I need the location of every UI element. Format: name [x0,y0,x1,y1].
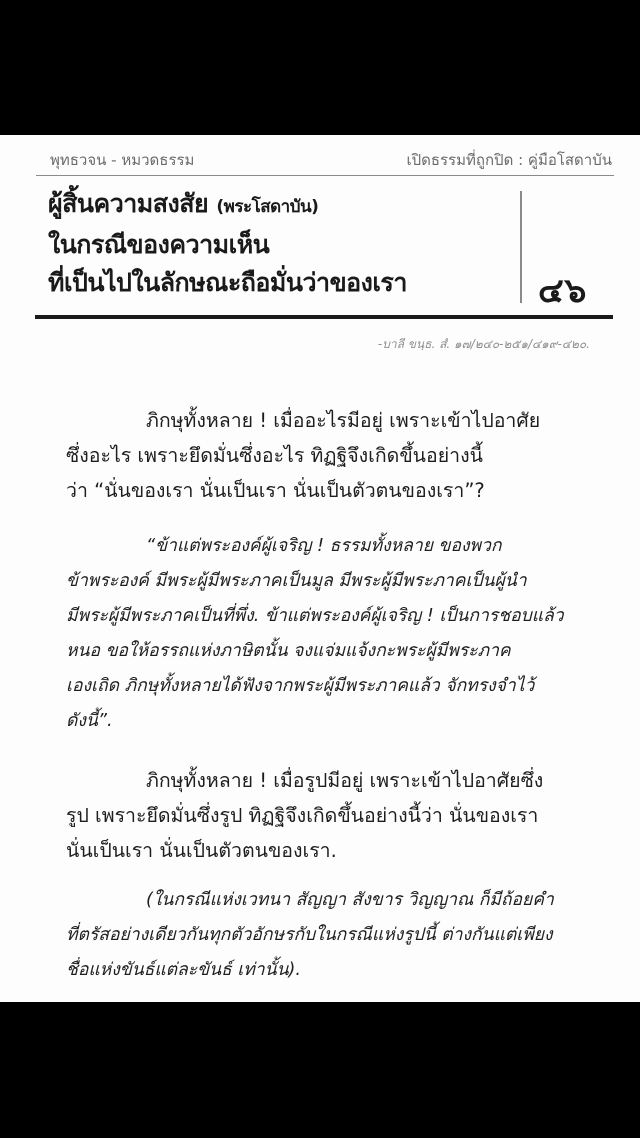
title-line-2: ในกรณีของความเห็น [48,226,518,264]
text-line: ชื่อแห่งขันธ์แต่ละขันธ์ เท่านั้น). [66,953,571,988]
chapter-title: ผู้สิ้นความสงสัย (พระโสดาบัน) ในกรณีของค… [48,185,518,302]
text-line: นั่นเป็นเรา นั่นเป็นตัวตนของเรา. [66,833,571,868]
text-line: รูป เพราะยึดมั่นซึ่งรูป ทิฏฐิจึงเกิดขึ้น… [66,798,571,833]
text-line: (ในกรณีแห่งเวทนา สัญญา สังขาร วิญญาณ ก็ม… [66,883,571,918]
header-divider [36,175,614,176]
running-head: พุทธวจน - หมวดธรรม เปิดธรรมที่ถูกปิด : ค… [50,147,612,173]
title-line-3: ที่เป็นไปในลักษณะถือมั่นว่าของเรา [48,264,518,302]
paragraph-question: ภิกษุทั้งหลาย ! เมื่ออะไรมีอยู่ เพราะเข้… [66,403,571,508]
title-main: ผู้สิ้นความสงสัย [48,189,208,218]
text-line: ภิกษุทั้งหลาย ! เมื่ออะไรมีอยู่ เพราะเข้… [66,403,571,438]
text-line: ซึ่งอะไร เพราะยึดมั่นซึ่งอะไร ทิฏฐิจึงเก… [66,438,571,473]
title-sub: (พระโสดาบัน) [216,197,318,217]
title-vertical-divider [520,191,522,303]
paragraph-note: (ในกรณีแห่งเวทนา สัญญา สังขาร วิญญาณ ก็ม… [66,883,571,988]
running-head-section: พุทธวจน - หมวดธรรม [50,148,194,172]
text-line: หนอ ขอให้อรรถแห่งภาษิตนั้น จงแจ่มแจ้งกะพ… [66,634,571,669]
text-line: ว่า “นั่นของเรา นั่นเป็นเรา นั่นเป็นตัวต… [66,473,571,508]
text-line: เองเถิด ภิกษุทั้งหลายได้ฟังจากพระผู้มีพร… [66,669,571,704]
text-line: ที่ตรัสอย่างเดียวกันทุกตัวอักษรกับในกรณี… [66,918,571,953]
pali-reference: -บาลี ขนฺธ. สํ. ๑๗/๒๔๐-๒๕๑/๔๑๙-๔๒๐. [378,335,590,354]
paragraph-form: ภิกษุทั้งหลาย ! เมื่อรูปมีอยู่ เพราะเข้า… [66,763,571,868]
chapter-number: ๔๖ [538,263,587,317]
title-underline [35,315,613,319]
text-line: “ข้าแต่พระองค์ผู้เจริญ ! ธรรมทั้งหลาย ขอ… [66,529,571,564]
running-head-book-title: เปิดธรรมที่ถูกปิด : คู่มือโสดาบัน [406,148,612,172]
text-line: ข้าพระองค์ มีพระผู้มีพระภาคเป็นมูล มีพระ… [66,564,571,599]
text-line: ภิกษุทั้งหลาย ! เมื่อรูปมีอยู่ เพราะเข้า… [66,763,571,798]
book-page: พุทธวจน - หมวดธรรม เปิดธรรมที่ถูกปิด : ค… [0,135,640,1002]
paragraph-monks-reply: “ข้าแต่พระองค์ผู้เจริญ ! ธรรมทั้งหลาย ขอ… [66,529,571,739]
text-line: มีพระผู้มีพระภาคเป็นที่พึ่ง. ข้าแต่พระอง… [66,599,571,634]
title-line-1: ผู้สิ้นความสงสัย (พระโสดาบัน) [48,185,518,226]
text-line: ดังนี้”. [66,704,571,739]
